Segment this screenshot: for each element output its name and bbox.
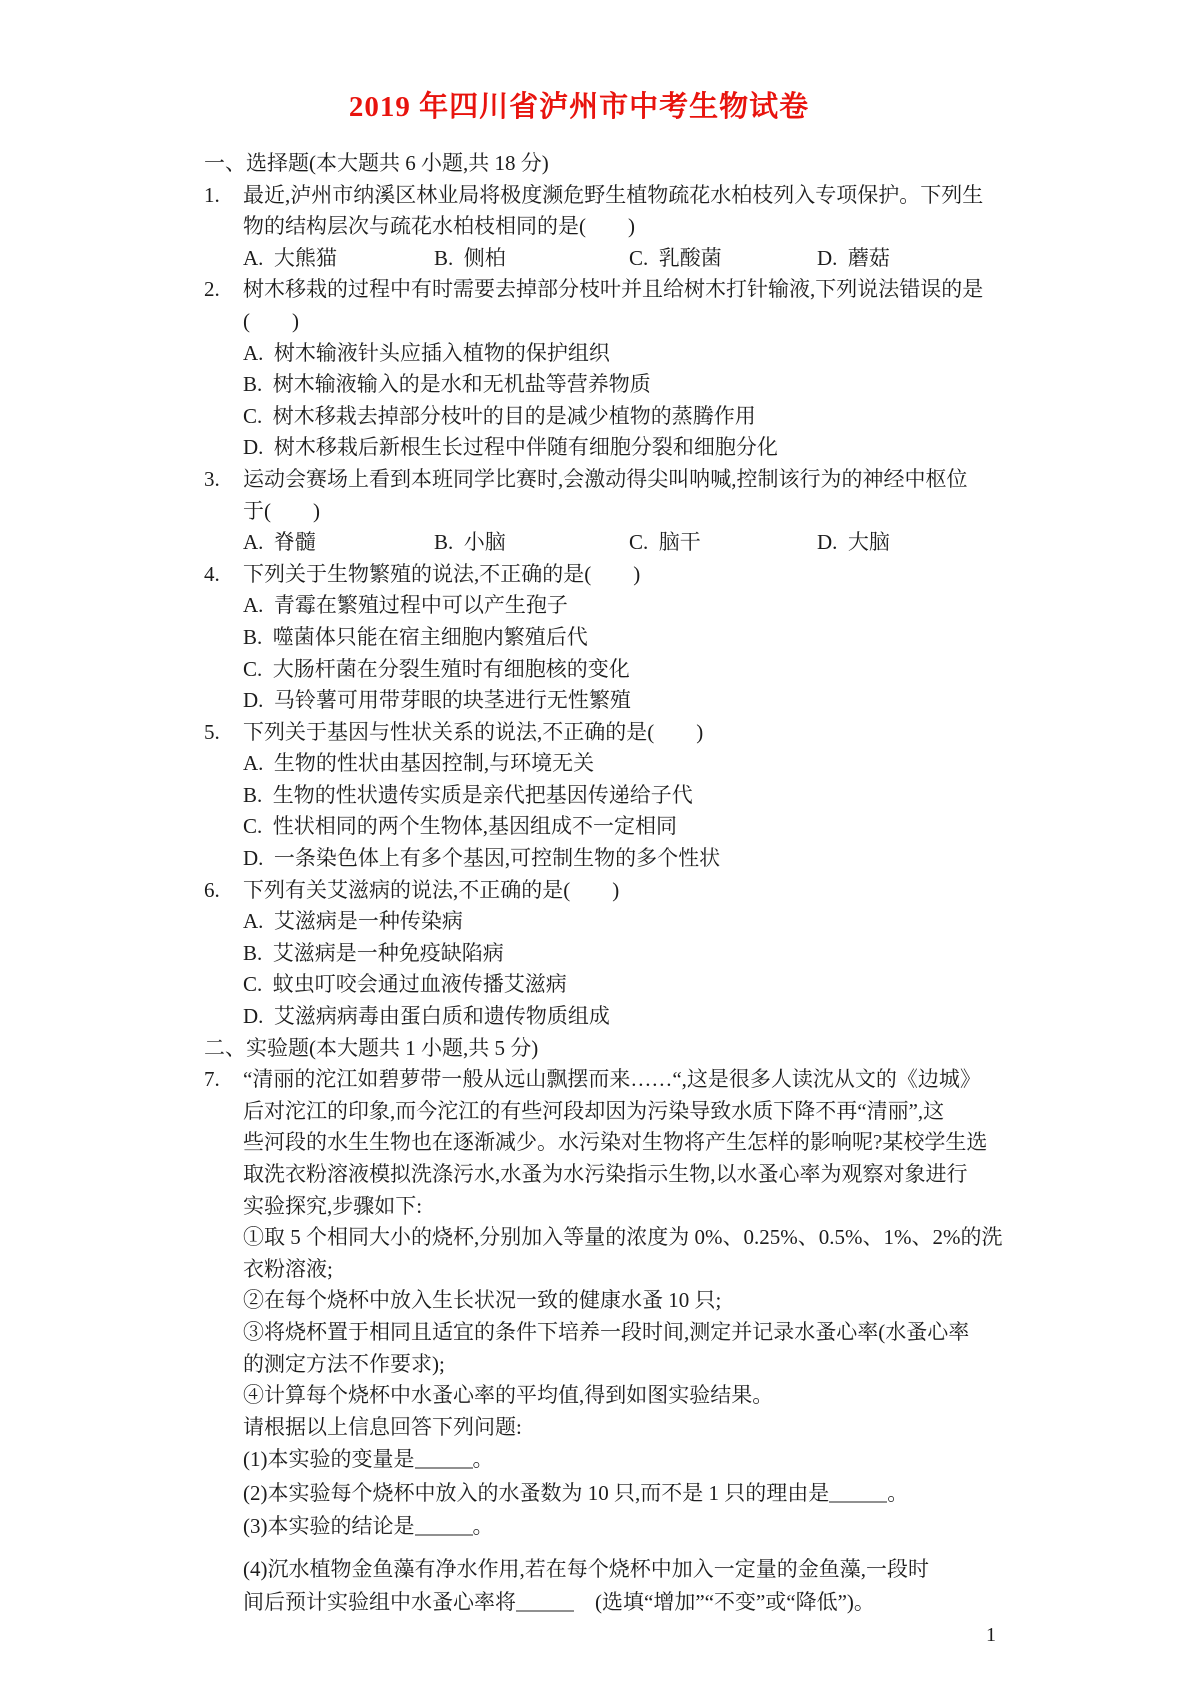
- question-1-text-line-2: 物的结构层次与疏花水柏枝相同的是( ): [243, 211, 954, 243]
- question-1-option-a: A. 大熊猫: [243, 243, 434, 275]
- question-3-option-d: D. 大脑: [817, 527, 954, 559]
- question-6-option-d: D. 艾滋病病毒由蛋白质和遗传物质组成: [243, 1001, 954, 1033]
- question-4-number: 4.: [204, 559, 243, 591]
- question-7-step-1-line-2: 衣粉溶液;: [243, 1254, 954, 1286]
- answer-blank: [415, 1457, 473, 1469]
- question-2-option-c: C. 树木移栽去掉部分枝叶的目的是减少植物的蒸腾作用: [243, 401, 954, 433]
- question-3-option-b: B. 小脑: [434, 527, 629, 559]
- question-4-options: A. 青霉在繁殖过程中可以产生孢子 B. 噬菌体只能在宿主细胞内繁殖后代 C. …: [243, 590, 954, 716]
- question-6-option-c: C. 蚊虫叮咬会通过血液传播艾滋病: [243, 969, 954, 1001]
- question-5-option-d: D. 一条染色体上有多个基因,可控制生物的多个性状: [243, 843, 954, 875]
- question-2-text-line-1: 树木移栽的过程中有时需要去掉部分枝叶并且给树木打针输液,下列说法错误的是: [243, 274, 954, 306]
- question-7-subquestions: (1)本实验的变量是。 (2)本实验每个烧杯中放入的水蚤数为 10 只,而不是 …: [243, 1443, 954, 1620]
- question-7-sub-4-line-2: 间后预计实验组中水蚤心率将 (选填“增加”“不变”或“降低”)。: [243, 1586, 954, 1620]
- question-3-text-line-2: 于( ): [243, 496, 954, 528]
- question-3-option-a: A. 脊髓: [243, 527, 434, 559]
- question-5: 5. 下列关于基因与性状关系的说法,不正确的是( ): [204, 717, 954, 749]
- question-3-number: 3.: [204, 464, 243, 527]
- question-7-intro-line-4: 取洗衣粉溶液模拟洗涤污水,水蚤为水污染指示生物,以水蚤心率为观察对象进行: [243, 1159, 954, 1191]
- question-7-sub-1: (1)本实验的变量是。: [243, 1443, 954, 1477]
- question-2: 2. 树木移栽的过程中有时需要去掉部分枝叶并且给树木打针输液,下列说法错误的是 …: [204, 274, 954, 337]
- question-5-option-c: C. 性状相同的两个生物体,基因组成不一定相同: [243, 811, 954, 843]
- question-7-sub-2: (2)本实验每个烧杯中放入的水蚤数为 10 只,而不是 1 只的理由是。: [243, 1477, 954, 1511]
- question-2-option-b: B. 树木输液输入的是水和无机盐等营养物质: [243, 369, 954, 401]
- question-6-option-a: A. 艾滋病是一种传染病: [243, 906, 954, 938]
- question-7-step-4: ④计算每个烧杯中水蚤心率的平均值,得到如图实验结果。: [243, 1380, 954, 1412]
- section-2-heading: 二、实验题(本大题共 1 小题,共 5 分): [204, 1033, 954, 1065]
- question-1-option-b: B. 侧柏: [434, 243, 629, 275]
- question-7-prompt: 请根据以上信息回答下列问题:: [243, 1412, 954, 1444]
- question-1-option-c: C. 乳酸菌: [629, 243, 817, 275]
- question-5-options: A. 生物的性状由基因控制,与环境无关 B. 生物的性状遗传实质是亲代把基因传递…: [243, 748, 954, 874]
- question-1-option-d: D. 蘑菇: [817, 243, 954, 275]
- question-7-intro-line-5: 实验探究,步骤如下:: [243, 1191, 954, 1223]
- question-4-option-b: B. 噬菌体只能在宿主细胞内繁殖后代: [243, 622, 954, 654]
- answer-blank: [516, 1600, 574, 1612]
- question-2-option-d: D. 树木移栽后新根生长过程中伴随有细胞分裂和细胞分化: [243, 432, 954, 464]
- question-4: 4. 下列关于生物繁殖的说法,不正确的是( ): [204, 559, 954, 591]
- section-1-heading: 一、选择题(本大题共 6 小题,共 18 分): [204, 148, 954, 180]
- question-7-intro-line-2: 后对沱江的印象,而今沱江的有些河段却因为污染导致水质下降不再“清丽”,这: [243, 1096, 954, 1128]
- question-7-step-1-line-1: ①取 5 个相同大小的烧杯,分别加入等量的浓度为 0%、0.25%、0.5%、1…: [243, 1222, 954, 1254]
- answer-blank: [415, 1524, 473, 1536]
- question-2-option-a: A. 树木输液针头应插入植物的保护组织: [243, 338, 954, 370]
- question-3: 3. 运动会赛场上看到本班同学比赛时,会激动得尖叫呐喊,控制该行为的神经中枢位 …: [204, 464, 954, 527]
- question-3-text-line-1: 运动会赛场上看到本班同学比赛时,会激动得尖叫呐喊,控制该行为的神经中枢位: [243, 464, 954, 496]
- question-2-text-line-2: ( ): [243, 306, 954, 338]
- question-7-sub-3: (3)本实验的结论是。: [243, 1510, 954, 1544]
- exam-body: 2019 年四川省泸州市中考生物试卷 一、选择题(本大题共 6 小题,共 18 …: [0, 0, 1200, 1620]
- page-number: 1: [986, 1620, 996, 1652]
- question-7-intro-line-3: 些河段的水生生物也在逐渐减少。水污染对生物将产生怎样的影响呢?某校学生选: [243, 1127, 954, 1159]
- exam-page: 2019 年四川省泸州市中考生物试卷 一、选择题(本大题共 6 小题,共 18 …: [0, 0, 1200, 1698]
- question-7-number: 7.: [204, 1064, 243, 1620]
- question-5-number: 5.: [204, 717, 243, 749]
- question-7-sub-4-line-1: (4)沉水植物金鱼藻有净水作用,若在每个烧杯中加入一定量的金鱼藻,一段时: [243, 1553, 954, 1587]
- question-7-step-3-line-2: 的测定方法不作要求);: [243, 1349, 954, 1381]
- question-1-options: A. 大熊猫 B. 侧柏 C. 乳酸菌 D. 蘑菇: [243, 243, 954, 275]
- question-1-number: 1.: [204, 180, 243, 243]
- question-4-option-a: A. 青霉在繁殖过程中可以产生孢子: [243, 590, 954, 622]
- question-6-number: 6.: [204, 875, 243, 907]
- question-4-option-c: C. 大肠杆菌在分裂生殖时有细胞核的变化: [243, 654, 954, 686]
- page-title: 2019 年四川省泸州市中考生物试卷: [204, 86, 954, 128]
- question-5-text-line-1: 下列关于基因与性状关系的说法,不正确的是( ): [243, 717, 954, 749]
- question-7: 7. “清丽的沱江如碧萝带一般从远山飘摆而来……“,这是很多人读沈从文的《边城》…: [204, 1064, 954, 1620]
- question-6-options: A. 艾滋病是一种传染病 B. 艾滋病是一种免疫缺陷病 C. 蚊虫叮咬会通过血液…: [243, 906, 954, 1032]
- question-6-option-b: B. 艾滋病是一种免疫缺陷病: [243, 938, 954, 970]
- question-5-option-a: A. 生物的性状由基因控制,与环境无关: [243, 748, 954, 780]
- question-3-option-c: C. 脑干: [629, 527, 817, 559]
- question-4-text-line-1: 下列关于生物繁殖的说法,不正确的是( ): [243, 559, 954, 591]
- question-7-intro-line-1: “清丽的沱江如碧萝带一般从远山飘摆而来……“,这是很多人读沈从文的《边城》: [243, 1064, 954, 1096]
- answer-blank: [829, 1491, 887, 1503]
- question-6: 6. 下列有关艾滋病的说法,不正确的是( ): [204, 875, 954, 907]
- question-4-option-d: D. 马铃薯可用带芽眼的块茎进行无性繁殖: [243, 685, 954, 717]
- question-6-text-line-1: 下列有关艾滋病的说法,不正确的是( ): [243, 875, 954, 907]
- question-7-step-2: ②在每个烧杯中放入生长状况一致的健康水蚤 10 只;: [243, 1285, 954, 1317]
- question-1: 1. 最近,泸州市纳溪区林业局将极度濒危野生植物疏花水柏枝列入专项保护。下列生 …: [204, 180, 954, 243]
- question-1-text-line-1: 最近,泸州市纳溪区林业局将极度濒危野生植物疏花水柏枝列入专项保护。下列生: [243, 180, 954, 212]
- question-5-option-b: B. 生物的性状遗传实质是亲代把基因传递给子代: [243, 780, 954, 812]
- question-7-step-3-line-1: ③将烧杯置于相同且适宜的条件下培养一段时间,测定并记录水蚤心率(水蚤心率: [243, 1317, 954, 1349]
- question-3-options: A. 脊髓 B. 小脑 C. 脑干 D. 大脑: [243, 527, 954, 559]
- question-2-number: 2.: [204, 274, 243, 337]
- question-2-options: A. 树木输液针头应插入植物的保护组织 B. 树木输液输入的是水和无机盐等营养物…: [243, 338, 954, 464]
